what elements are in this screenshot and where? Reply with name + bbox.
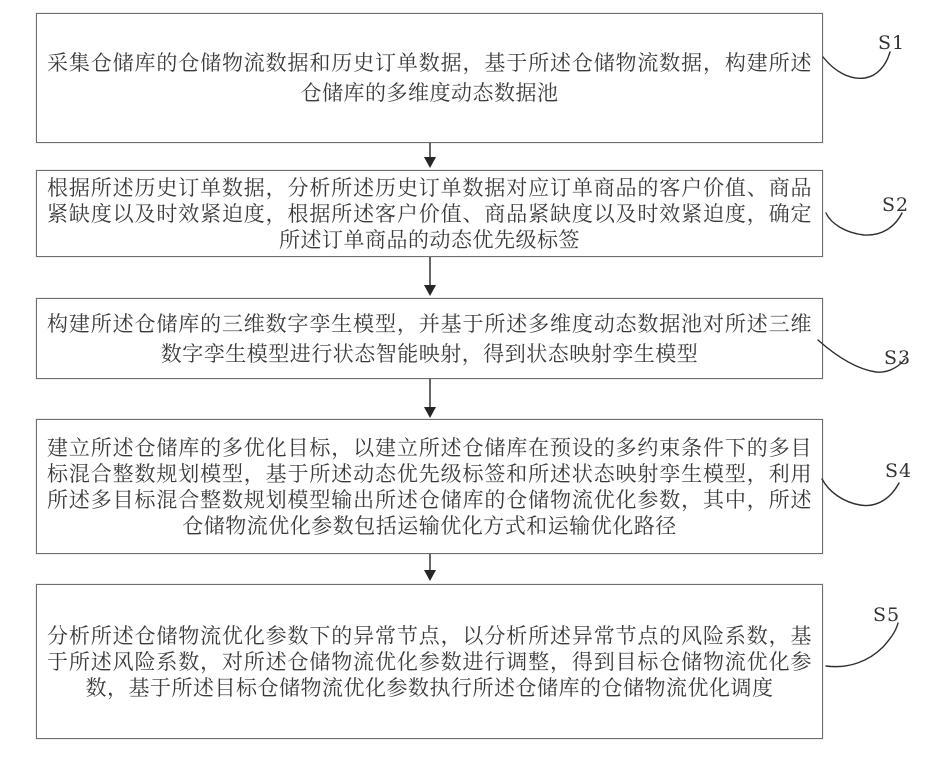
step-label-s2: S2 — [882, 194, 909, 216]
patent-flowchart: 采集仓储库的仓储物流数据和历史订单数据，基于所述仓储物流数据，构建所述仓储库的多… — [0, 0, 927, 761]
step-box-s3: 构建所述仓储库的三维数字孪生模型，并基于所述多维度动态数据池对所述三维数字孪生模… — [36, 298, 823, 379]
flow-arrow-1 — [424, 143, 436, 168]
step-box-s2: 根据所述历史订单数据，分析所述历史订单数据对应订单商品的客户价值、商品紧缺度以及… — [36, 170, 823, 257]
step-box-s1: 采集仓储库的仓储物流数据和历史订单数据，基于所述仓储物流数据，构建所述仓储库的多… — [36, 13, 823, 143]
step-text-s2: 根据所述历史订单数据，分析所述历史订单数据对应订单商品的客户价值、商品紧缺度以及… — [47, 175, 812, 253]
leader-line-s1 — [823, 52, 890, 78]
step-label-s1: S1 — [878, 32, 905, 54]
flow-arrow-3 — [424, 379, 436, 418]
leader-line-s4 — [822, 479, 899, 506]
step-label-s3: S3 — [884, 347, 911, 369]
leader-line-s5 — [826, 623, 898, 667]
step-text-s5: 分析所述仓储物流优化参数下的异常节点，以分析所述异常节点的风险系数，基于所述风险… — [47, 623, 812, 701]
step-text-s4: 建立所述仓储库的多优化目标，以建立所述仓储库在预设的多约束条件下的多目标混合整数… — [47, 435, 812, 539]
step-label-s5: S5 — [873, 604, 900, 626]
flow-arrow-2 — [424, 257, 436, 296]
step-text-s3: 构建所述仓储库的三维数字孪生模型，并基于所述多维度动态数据池对所述三维数字孪生模… — [47, 309, 812, 369]
step-text-s1: 采集仓储库的仓储物流数据和历史订单数据，基于所述仓储物流数据，构建所述仓储库的多… — [47, 48, 812, 108]
leader-line-s2 — [826, 213, 902, 235]
step-box-s4: 建立所述仓储库的多优化目标，以建立所述仓储库在预设的多约束条件下的多目标混合整数… — [36, 419, 823, 554]
step-label-s4: S4 — [885, 460, 912, 482]
flow-arrow-4 — [424, 554, 436, 581]
step-box-s5: 分析所述仓储物流优化参数下的异常节点，以分析所述异常节点的风险系数，基于所述风险… — [36, 584, 823, 739]
